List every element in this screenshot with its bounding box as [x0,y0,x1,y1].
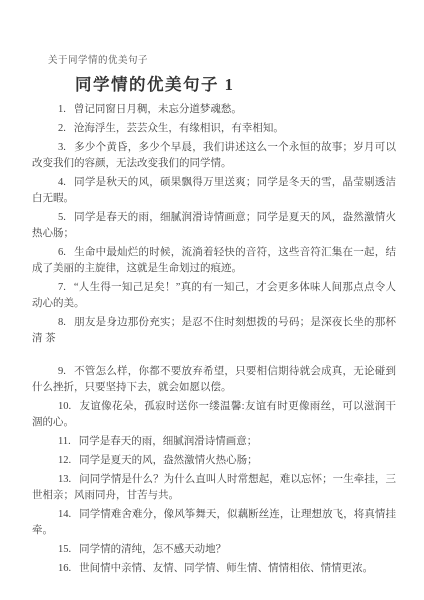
list-item: 10.友谊像花朵，孤寂时送你一缕温馨:友谊有时更像雨丝，可以滋润干涸的心。 [32,399,396,431]
list-item: 7.“人生得一知己足矣！”真的有一知己，才会更多体味人间那点点令人动心的美。 [32,280,396,312]
item-number: 4. [58,177,66,188]
item-number: 16. [58,563,71,574]
item-number: 8. [58,317,66,328]
list-item: 15.同学情的清纯，怎不感天动地？ [32,542,396,558]
item-text: 曾记同窗日月稠，未忘分道梦魂愁。 [74,104,242,115]
list-item: 2.沧海浮生，芸芸众生，有缘相识，有幸相知。 [32,121,396,137]
item-text: 同学是秋天的风，硕果飘得万里送爽；同学是冬天的雪，晶莹剔透洁白无暇。 [32,177,396,204]
list-item: 9.不管怎么样，你都不要放弃希望，只要相信期待就会成真，无论碰到什么挫折，只要坚… [32,364,396,396]
item-text: 朋友是身边那份充实；是忍不住时刻想拨的号码；是深夜长坐的那杯清 茶 [32,317,396,344]
item-number: 15. [58,544,71,555]
item-text: 友谊像花朵，孤寂时送你一缕温馨:友谊有时更像雨丝，可以滋润干涸的心。 [32,401,396,428]
item-text: 沧海浮生，芸芸众生，有缘相识，有幸相知。 [74,123,284,134]
item-number: 3. [58,142,66,153]
list-item: 8.朋友是身边那份充实；是忍不住时刻想拨的号码；是深夜长坐的那杯清 茶 [32,315,396,347]
list-item: 6.生命中最灿烂的时候，流淌着轻快的音符，这些音符汇集在一起，结成了美丽的主旋律… [32,245,396,277]
item-text: 同学是春天的雨，细腻润滑诗情画意；同学是夏天的风，盎然激情火热心肠； [32,212,396,239]
document-page: 关于同学情的优美句子 同学情的优美句子 1 1.曾记同窗日月稠，未忘分道梦魂愁。… [0,0,424,600]
list-item: 4.同学是秋天的风，硕果飘得万里送爽；同学是冬天的雪，晶莹剔透洁白无暇。 [32,175,396,207]
item-text: 同学情难舍难分，像风筝舞天，似藕断丝连，让理想放飞，将真情挂牵。 [32,509,396,536]
doc-header: 关于同学情的优美句子 [48,52,148,66]
item-text: 同学情的清纯，怎不感天动地？ [79,544,226,555]
item-text: 不管怎么样，你都不要放弃希望，只要相信期待就会成真，无论碰到什么挫折，只要坚持下… [32,366,396,393]
list-item: 12.同学是夏天的风，盎然激情火热心肠； [32,453,396,469]
item-text: 生命中最灿烂的时候，流淌着轻快的音符，这些音符汇集在一起，结成了美丽的主旋律，这… [32,247,396,274]
item-text: 同学是夏天的风，盎然激情火热心肠； [79,455,258,466]
item-number: 11. [58,436,71,447]
item-text: 同学是春天的雨，细腻润滑诗情画意； [79,436,258,447]
item-text: 世间情中亲情、友情、同学情、师生情、情情相依、情情更浓。 [79,563,373,574]
list-item: 16.世间情中亲情、友情、同学情、师生情、情情相依、情情更浓。 [32,561,396,577]
item-number: 7. [58,282,66,293]
item-number: 6. [58,247,66,258]
item-number: 9. [58,366,66,377]
page-title: 同学情的优美句子 1 [75,71,234,95]
list-item: 13.问同学情是什么？为什么直叫人时常想起，难以忘怀；一生牵挂，三世相亲；风雨同… [32,472,396,504]
item-number: 5. [58,212,66,223]
item-number: 2. [58,123,66,134]
list-item: 3.多少个黄昏，多少个早晨，我们讲述这么一个永恒的故事；岁月可以改变我们的容颜，… [32,140,396,172]
item-text: 问同学情是什么？为什么直叫人时常想起，难以忘怀；一生牵挂，三世相亲；风雨同舟，甘… [32,474,396,501]
item-number: 1. [58,104,66,115]
item-number: 10. [58,401,71,412]
item-number: 13. [58,474,71,485]
item-text: 多少个黄昏，多少个早晨，我们讲述这么一个永恒的故事；岁月可以改变我们的容颜，无法… [32,142,396,169]
list-item: 14.同学情难舍难分，像风筝舞天，似藕断丝连，让理想放飞，将真情挂牵。 [32,507,396,539]
item-number: 14. [58,509,71,520]
list-item: 11.同学是春天的雨，细腻润滑诗情画意； [32,434,396,450]
sentence-list: 1.曾记同窗日月稠，未忘分道梦魂愁。 2.沧海浮生，芸芸众生，有缘相识，有幸相知… [32,102,396,580]
item-text: “人生得一知己足矣！”真的有一知己，才会更多体味人间那点点令人动心的美。 [32,282,396,309]
item-number: 12. [58,455,71,466]
list-item: 5.同学是春天的雨，细腻润滑诗情画意；同学是夏天的风，盎然激情火热心肠； [32,210,396,242]
list-item: 1.曾记同窗日月稠，未忘分道梦魂愁。 [32,102,396,118]
